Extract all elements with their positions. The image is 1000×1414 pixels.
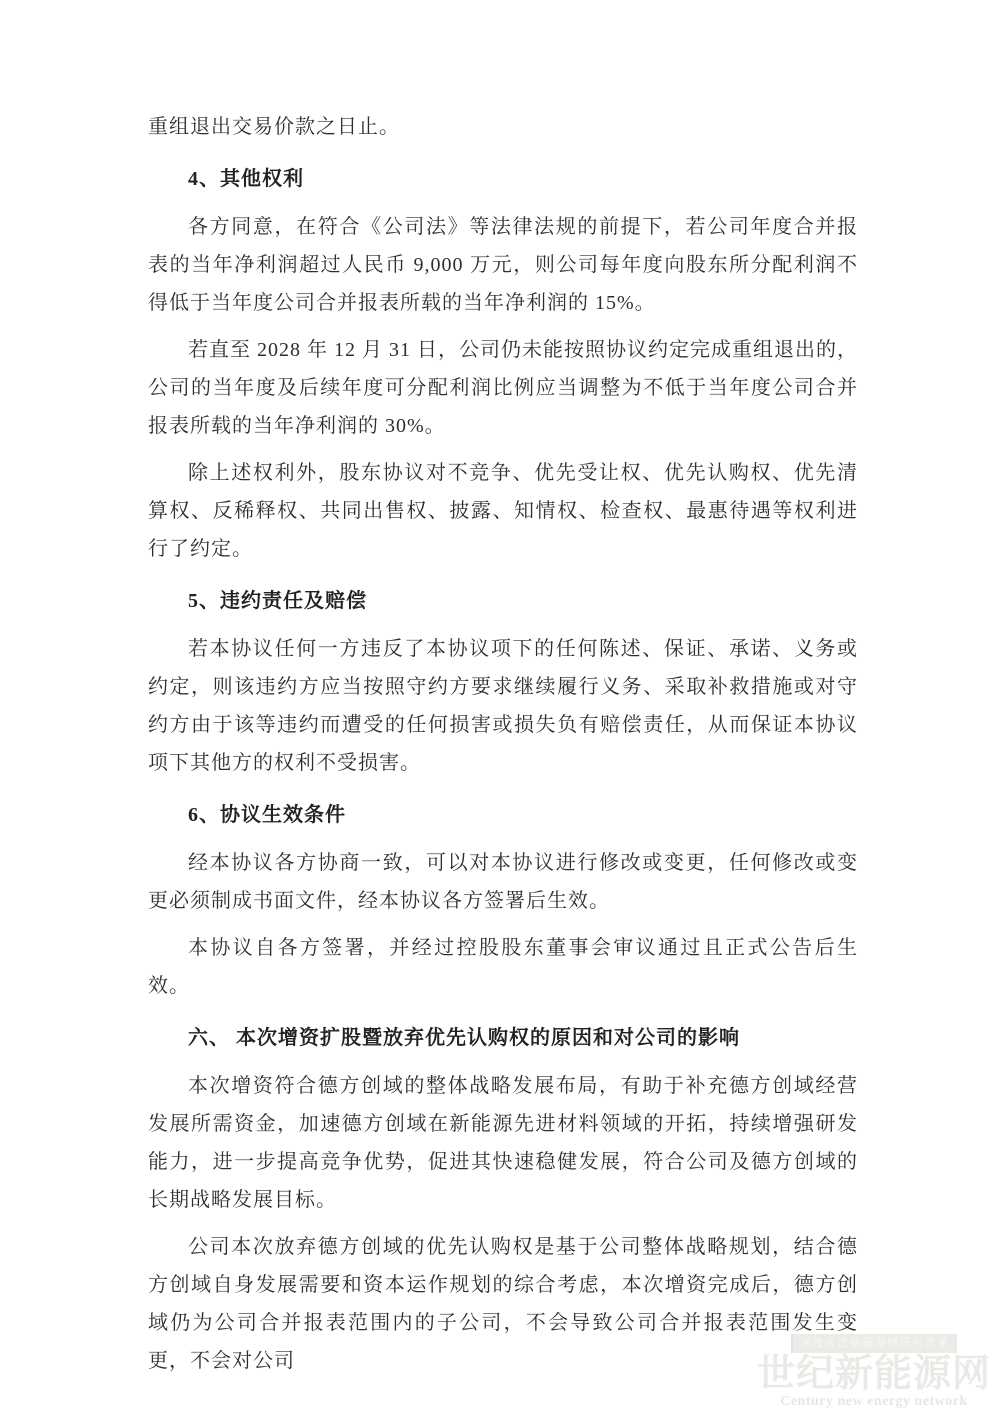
paragraph: 若直至 2028 年 12 月 31 日，公司仍未能按照协议约定完成重组退出的，… xyxy=(148,331,858,445)
paragraph: 本协议自各方签署，并经过控股股东董事会审议通过且正式公告后生效。 xyxy=(148,929,858,1005)
document-text-column: 重组退出交易价款之日止。 4、其他权利 各方同意，在符合《公司法》等法律法规的前… xyxy=(148,108,858,1389)
paragraph: 除上述权利外，股东协议对不竞争、优先受让权、优先认购权、优先清算权、反稀释权、共… xyxy=(148,454,858,568)
section-heading-6-effectiveness: 6、协议生效条件 xyxy=(148,796,858,834)
paragraph: 公司本次放弃德方创域的优先认购权是基于公司整体战略规划，结合德方创域自身发展需要… xyxy=(148,1228,858,1380)
watermark-english-subtitle: Century new energy network xyxy=(756,1394,992,1410)
paragraph: 本次增资符合德方创域的整体战略发展布局，有助于补充德方创域经营发展所需资金，加速… xyxy=(148,1067,858,1219)
paragraph: 各方同意，在符合《公司法》等法律法规的前提下，若公司年度合并报表的当年净利润超过… xyxy=(148,208,858,322)
section-heading-liu-capital-increase: 六、 本次增资扩股暨放弃优先认购权的原因和对公司的影响 xyxy=(148,1019,858,1057)
document-page: { "document": { "blocks": [ { "type": "p… xyxy=(0,0,1000,1414)
section-heading-4-other-rights: 4、其他权利 xyxy=(148,160,858,198)
paragraph: 经本协议各方协商一致，可以对本协议进行修改或变更，任何修改或变更必须制成书面文件… xyxy=(148,844,858,920)
section-heading-5-breach-liability: 5、违约责任及赔偿 xyxy=(148,582,858,620)
paragraph-continuation: 重组退出交易价款之日止。 xyxy=(148,108,858,146)
paragraph: 若本协议任何一方违反了本协议项下的任何陈述、保证、承诺、义务或约定，则该违约方应… xyxy=(148,630,858,782)
